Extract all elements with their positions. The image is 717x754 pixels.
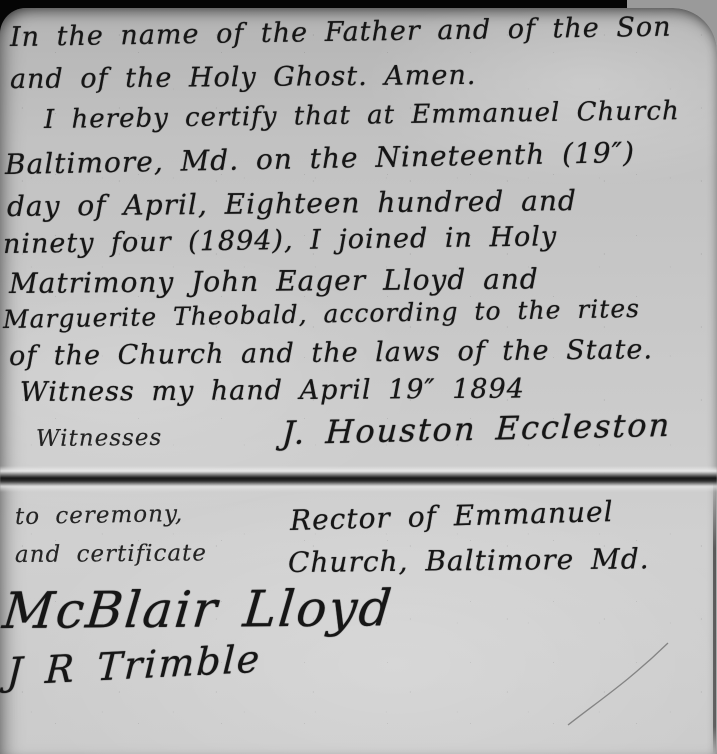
officiant-title-line: Rector of Emmanuel	[290, 495, 614, 537]
certificate-line: I hereby certify that at Emmanuel Church	[44, 96, 680, 135]
photo-edge-line	[713, 480, 716, 754]
certificate-line: Matrimony John Eager Lloyd and	[9, 262, 539, 300]
certificate-line: In the name of the Father and of the Son	[10, 12, 672, 53]
certificate-line: Witness my hand April 19″ 1894	[20, 373, 525, 408]
officiant-signature: J. Houston Eccleston	[281, 406, 672, 452]
document-photo: In the name of the Father and of the Son…	[0, 0, 717, 754]
certificate-line: and of the Holy Ghost. Amen.	[10, 60, 477, 95]
certificate-line: Marguerite Theobald, according to the ri…	[3, 294, 640, 334]
officiant-title-line: Church, Baltimore Md.	[288, 542, 650, 579]
witness-label: Witnesses	[36, 425, 163, 452]
witness-note-line: and certificate	[15, 540, 207, 568]
witness-note-line: to ceremony,	[15, 501, 184, 530]
certificate-line: Baltimore, Md. on the Nineteenth (19″)	[5, 136, 636, 181]
fold-crease	[0, 466, 717, 492]
scratch-mark	[560, 625, 680, 735]
certificate-line: ninety four (1894), I joined in Holy	[3, 221, 558, 260]
witness-signature-1: McBlair Lloyd	[0, 579, 396, 640]
certificate-line: day of April, Eighteen hundred and	[7, 184, 577, 223]
certificate-line: of the Church and the laws of the State.	[9, 334, 653, 372]
witness-signature-2: J R Trimble	[6, 637, 263, 695]
